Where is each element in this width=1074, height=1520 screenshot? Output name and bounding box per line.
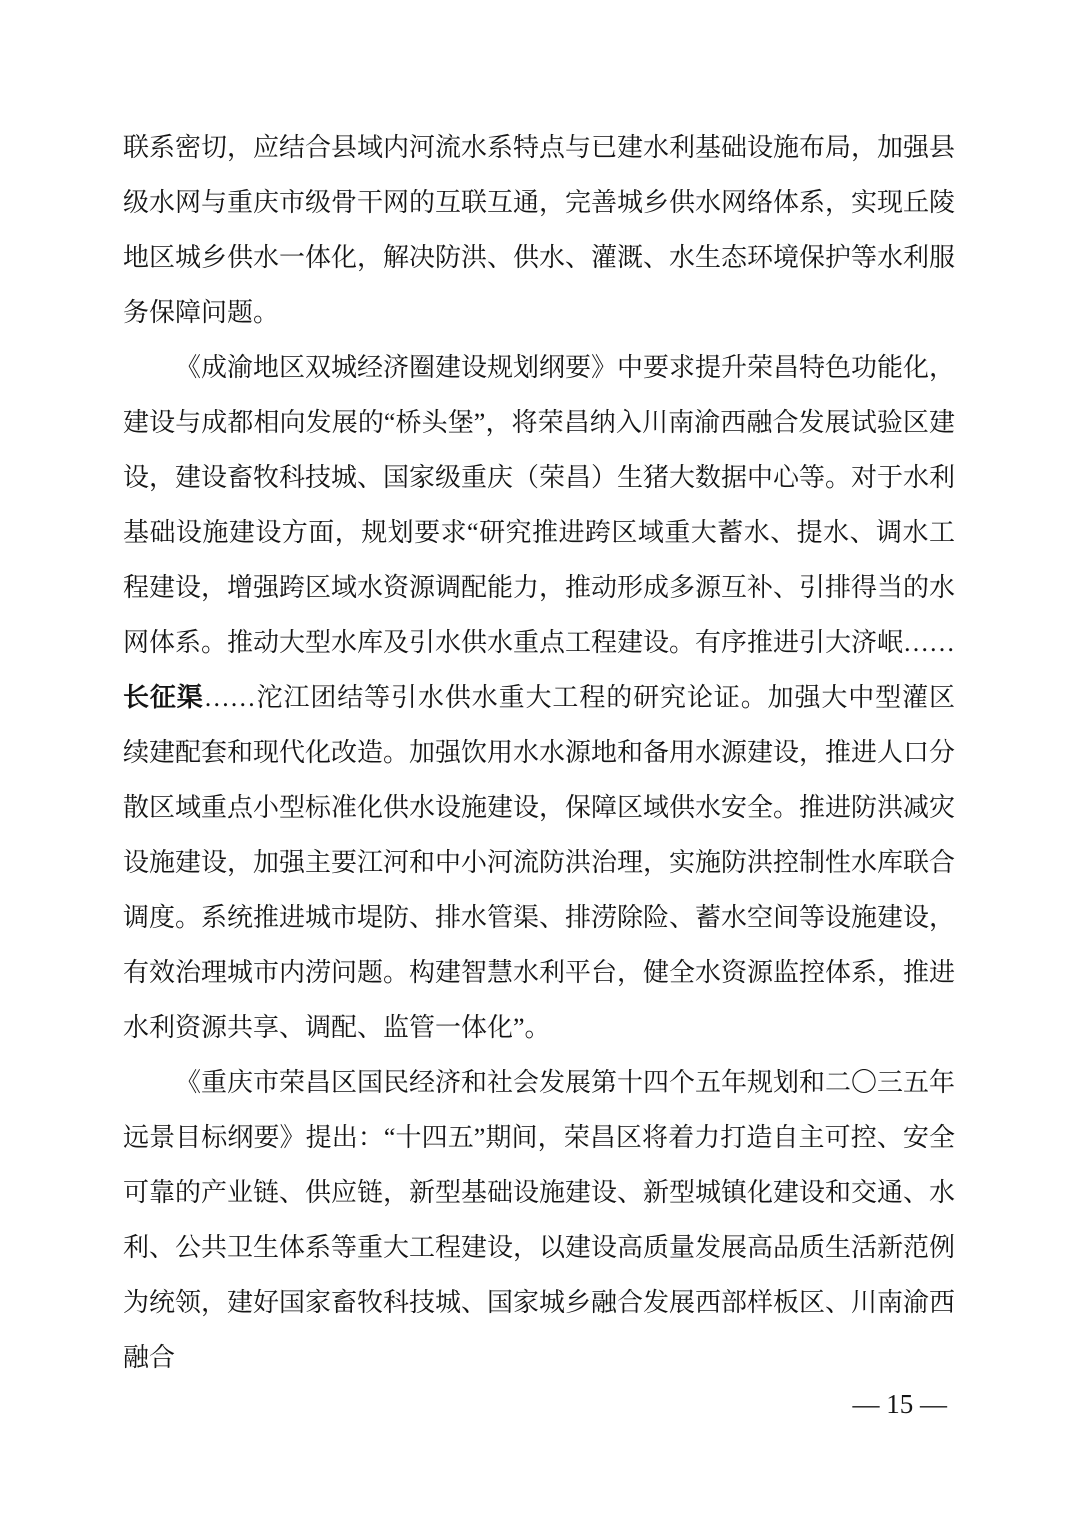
- page-number: — 15 —: [853, 1388, 948, 1420]
- document-page: 联系密切，应结合县域内河流水系特点与已建水利基础设施布局，加强县级水网与重庆市级…: [0, 0, 1074, 1520]
- document-body: 联系密切，应结合县域内河流水系特点与已建水利基础设施布局，加强县级水网与重庆市级…: [123, 120, 955, 1385]
- text-run: ……沱江团结等引水供水重大工程的研究论证。加强大中型灌区续建配套和现代化改造。加…: [123, 683, 955, 1042]
- text-run: 《重庆市荣昌区国民经济和社会发展第十四个五年规划和二〇三五年远景目标纲要》提出：…: [123, 1068, 955, 1372]
- bold-text-run-changzhengqu: 长征渠: [123, 683, 204, 712]
- paragraph-rongchang-plan: 《重庆市荣昌区国民经济和社会发展第十四个五年规划和二〇三五年远景目标纲要》提出：…: [123, 1055, 955, 1385]
- text-run: 联系密切，应结合县域内河流水系特点与已建水利基础设施布局，加强县级水网与重庆市级…: [123, 133, 955, 327]
- paragraph-continuation: 联系密切，应结合县域内河流水系特点与已建水利基础设施布局，加强县级水网与重庆市级…: [123, 120, 955, 340]
- paragraph-chengyu-plan: 《成渝地区双城经济圈建设规划纲要》中要求提升荣昌特色功能化，建设与成都相向发展的…: [123, 340, 955, 1055]
- text-run: 《成渝地区双城经济圈建设规划纲要》中要求提升荣昌特色功能化，建设与成都相向发展的…: [123, 353, 955, 657]
